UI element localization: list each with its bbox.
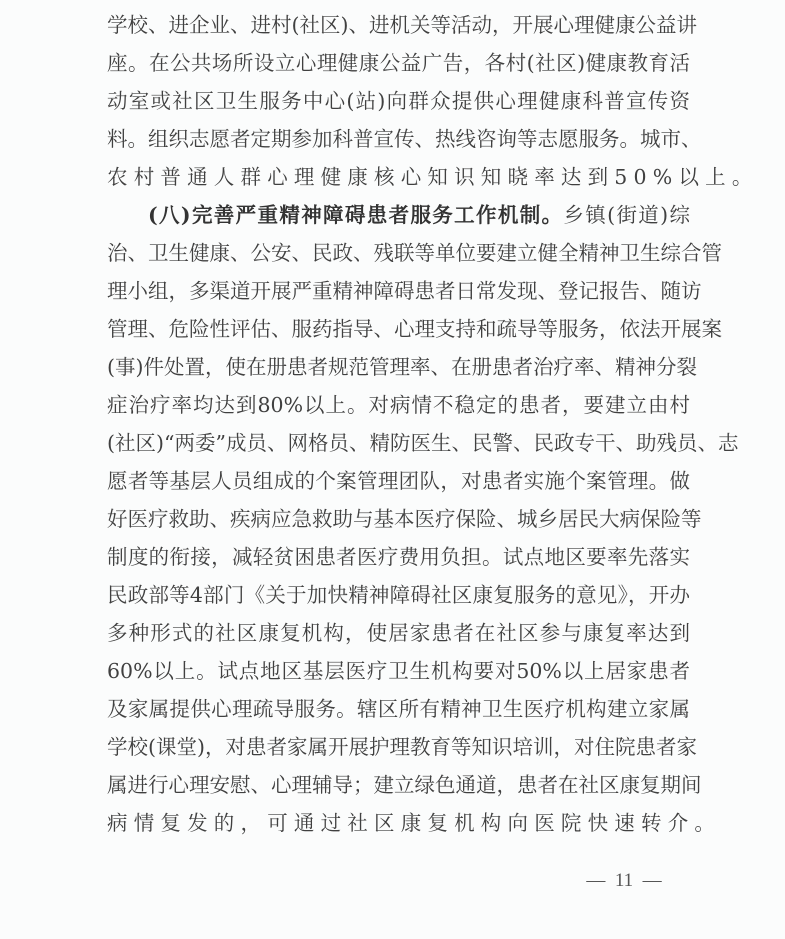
body-text: 学校、进企业、进村(社区)、进机关等活动，开展心理健康公益讲 座。在公共场所设立… — [107, 6, 690, 842]
paragraph-mental-health-publicity: 学校、进企业、进村(社区)、进机关等活动，开展心理健康公益讲 座。在公共场所设立… — [107, 6, 690, 196]
text-line: 好医疗救助、疾病应急救助与基本医疗保险、城乡居民大病保险等 — [107, 500, 690, 538]
text-line: 学校、进企业、进村(社区)、进机关等活动，开展心理健康公益讲 — [107, 6, 690, 44]
text-line: 症治疗率均达到80%以上。对病情不稳定的患者，要建立由村 — [107, 386, 690, 424]
text-line: 病情复发的，可通过社区康复机构向医院快速转介。 — [107, 804, 690, 842]
text-line-with-heading: (八)完善严重精神障碍患者服务工作机制。乡镇(街道)综 — [107, 196, 690, 234]
page-number: — 11 — — [578, 866, 670, 896]
text-line: 料。组织志愿者定期参加科普宣传、热线咨询等志愿服务。城市、 — [107, 120, 690, 158]
paragraph-severe-mental-disorder-services: (八)完善严重精神障碍患者服务工作机制。乡镇(街道)综 治、卫生健康、公安、民政… — [107, 196, 690, 842]
text-line: (社区)“两委”成员、网格员、精防医生、民警、民政专干、助残员、志 — [107, 424, 690, 462]
text-line: 多种形式的社区康复机构，使居家患者在社区参与康复率达到 — [107, 614, 690, 652]
text-line: 民政部等4部门《关于加快精神障碍社区康复服务的意见》，开办 — [107, 576, 690, 614]
heading-line-rest: 乡镇(街道)综 — [563, 203, 690, 227]
text-line: 农村普通人群心理健康核心知识知晓率达到50%以上。 — [107, 158, 690, 196]
text-line: 属进行心理安慰、心理辅导；建立绿色通道，患者在社区康复期间 — [107, 766, 690, 804]
text-line: (事)件处置，使在册患者规范管理率、在册患者治疗率、精神分裂 — [107, 348, 690, 386]
text-line: 学校(课堂)，对患者家属开展护理教育等知识培训，对住院患者家 — [107, 728, 690, 766]
text-line: 治、卫生健康、公安、民政、残联等单位要建立健全精神卫生综合管 — [107, 234, 690, 272]
text-line: 动室或社区卫生服务中心(站)向群众提供心理健康科普宣传资 — [107, 82, 690, 120]
text-line: 座。在公共场所设立心理健康公益广告，各村(社区)健康教育活 — [107, 44, 690, 82]
text-line: 管理、危险性评估、服药指导、心理支持和疏导等服务，依法开展案 — [107, 310, 690, 348]
text-line: 60%以上。试点地区基层医疗卫生机构要对50%以上居家患者 — [107, 652, 690, 690]
section-heading: (八)完善严重精神障碍患者服务工作机制。 — [148, 203, 563, 227]
text-line: 制度的衔接，减轻贫困患者医疗费用负担。试点地区要率先落实 — [107, 538, 690, 576]
document-page: 学校、进企业、进村(社区)、进机关等活动，开展心理健康公益讲 座。在公共场所设立… — [0, 0, 785, 939]
text-line: 理小组，多渠道开展严重精神障碍患者日常发现、登记报告、随访 — [107, 272, 690, 310]
text-line: 愿者等基层人员组成的个案管理团队，对患者实施个案管理。做 — [107, 462, 690, 500]
text-line: 及家属提供心理疏导服务。辖区所有精神卫生医疗机构建立家属 — [107, 690, 690, 728]
